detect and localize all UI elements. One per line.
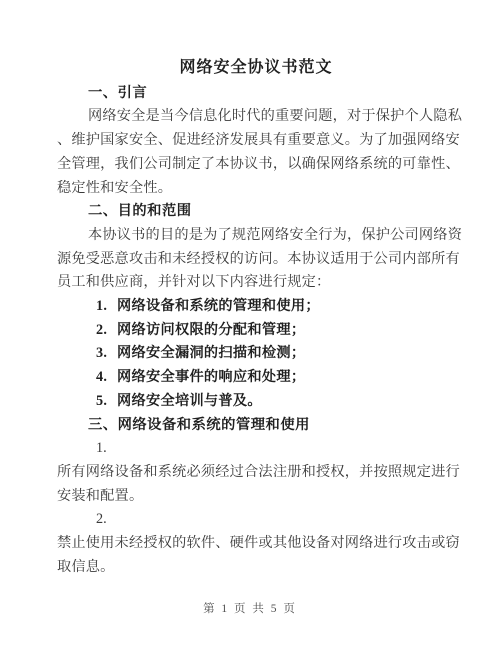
document-title: 网络安全协议书范文 [57, 56, 455, 80]
clause-2-paragraph: 禁止使用未经授权的软件、硬件或其他设备对网络进行攻击或窃取信息。 [57, 532, 455, 579]
text-line: 源免受恶意攻击和未经授权的访问。本协议适用于公司内部所有 [57, 248, 455, 272]
clause-2-marker: 2. [57, 508, 455, 532]
list-item-2: 2.网络访问权限的分配和管理； [57, 319, 455, 343]
document-page: 网络安全协议书范文 一、引言 网络安全是当今信息化时代的重要问题，对于保护个人隐… [0, 0, 500, 647]
text-line: 网络安全是当今信息化时代的重要问题，对于保护个人隐私 [57, 105, 455, 129]
clause-2: 2. 禁止使用未经授权的软件、硬件或其他设备对网络进行攻击或窃取信息。 [57, 508, 455, 579]
section-3-heading: 三、网络设备和系统的管理和使用 [57, 414, 455, 438]
text-line: 本协议书的目的是为了规范网络安全行为，保护公司网络资 [57, 224, 455, 248]
section-1-paragraph: 网络安全是当今信息化时代的重要问题，对于保护个人隐私、维护国家安全、促进经济发展… [57, 105, 455, 200]
clause-1-paragraph: 所有网络设备和系统必须经过合法注册和授权，并按照规定进行安装和配置。 [57, 461, 455, 508]
clause-1-marker: 1. [57, 437, 455, 461]
list-item-number: 4. [96, 366, 110, 390]
list-item-text: 网络安全培训与普及。 [117, 393, 262, 409]
text-line: 安装和配置。 [57, 485, 455, 509]
list-item-number: 5. [96, 390, 110, 414]
clause-1: 1. 所有网络设备和系统必须经过合法注册和授权，并按照规定进行安装和配置。 [57, 437, 455, 508]
list-item-number: 2. [96, 319, 110, 343]
text-line: 员工和供应商，并针对以下内容进行规定： [57, 271, 455, 295]
list-item-4: 4.网络安全事件的响应和处理； [57, 366, 455, 390]
list-item-text: 网络安全漏洞的扫描和检测； [117, 345, 305, 361]
scope-numbered-list: 1.网络设备和系统的管理和使用； 2.网络访问权限的分配和管理； 3.网络安全漏… [57, 295, 455, 414]
text-line: 稳定性和安全性。 [57, 177, 455, 201]
text-line: 禁止使用未经授权的软件、硬件或其他设备对网络进行攻击或窃 [57, 532, 455, 556]
text-line: 全管理，我们公司制定了本协议书，以确保网络系统的可靠性、 [57, 153, 455, 177]
list-item-number: 3. [96, 342, 110, 366]
text-line: 取信息。 [57, 556, 455, 580]
text-line: 、维护国家安全、促进经济发展具有重要意义。为了加强网络安 [57, 129, 455, 153]
list-item-text: 网络设备和系统的管理和使用； [117, 298, 320, 314]
list-item-number: 1. [96, 295, 110, 319]
page-number-footer: 第 1 页 共 5 页 [0, 601, 500, 618]
list-item-1: 1.网络设备和系统的管理和使用； [57, 295, 455, 319]
document-content: 网络安全协议书范文 一、引言 网络安全是当今信息化时代的重要问题，对于保护个人隐… [57, 56, 455, 579]
list-item-text: 网络访问权限的分配和管理； [117, 322, 305, 338]
list-item-5: 5.网络安全培训与普及。 [57, 390, 455, 414]
list-item-3: 3.网络安全漏洞的扫描和检测； [57, 342, 455, 366]
list-item-text: 网络安全事件的响应和处理； [117, 369, 305, 385]
section-2-paragraph: 本协议书的目的是为了规范网络安全行为，保护公司网络资源免受恶意攻击和未经授权的访… [57, 224, 455, 295]
section-2-heading: 二、目的和范围 [57, 200, 455, 224]
section-1-heading: 一、引言 [57, 82, 455, 106]
text-line: 所有网络设备和系统必须经过合法注册和授权，并按照规定进行 [57, 461, 455, 485]
